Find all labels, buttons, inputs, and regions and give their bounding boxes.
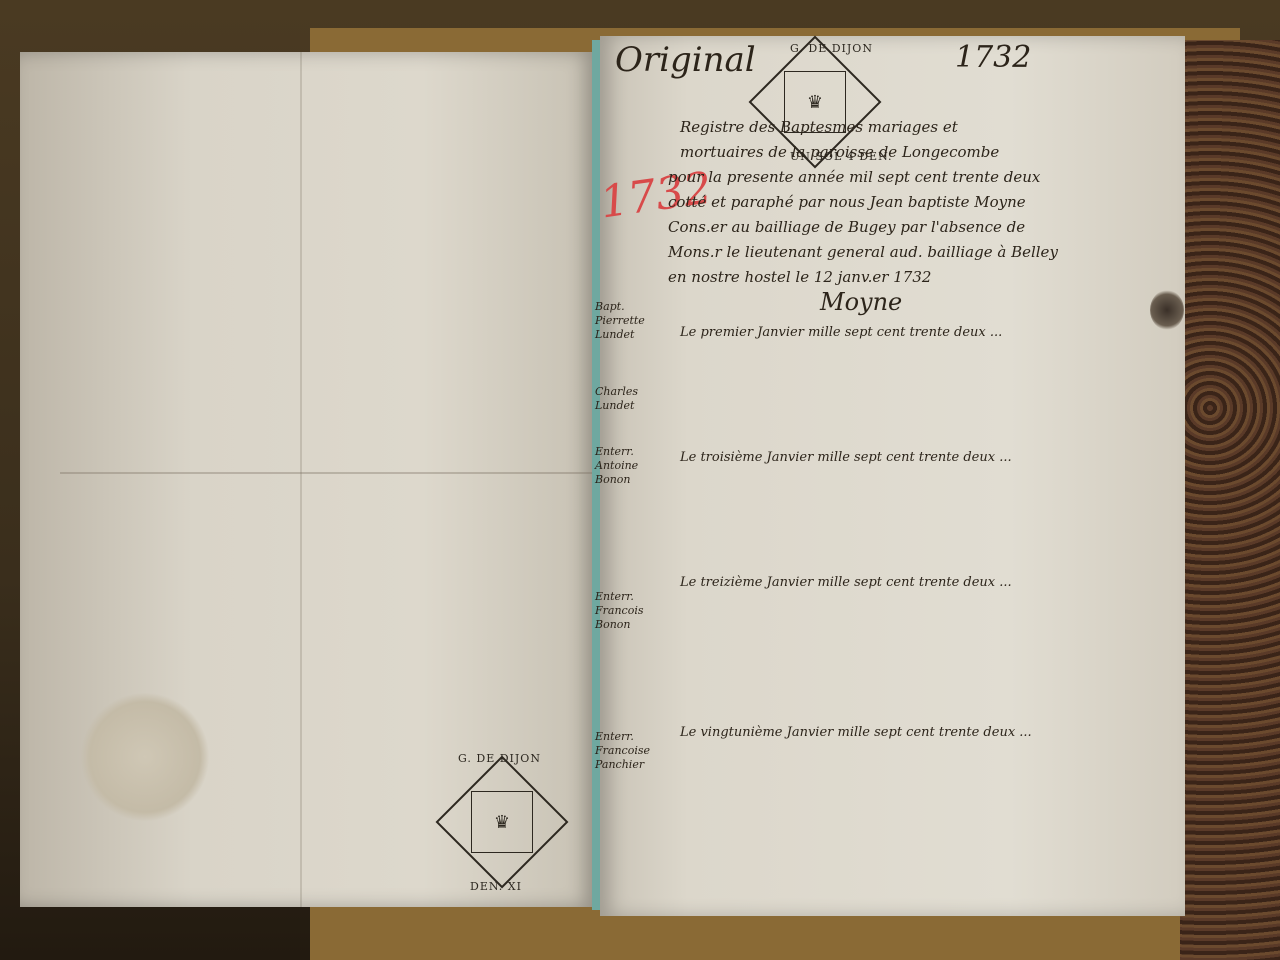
heading-line: Mons.r le lieutenant general aud. bailli… [668, 243, 1058, 261]
circular-stain [80, 692, 210, 822]
margin-note: Charles Lundet [595, 385, 675, 413]
crown-icon: ♛ [471, 791, 533, 853]
ink-blot [1150, 290, 1184, 330]
heading-line: mortuaires de la paroisse de Longecombe [680, 143, 999, 161]
stamp-text: G. DE DIJON [458, 752, 541, 765]
fold-line [60, 472, 595, 474]
heading-line: pour la presente année mil sept cent tre… [668, 168, 1040, 186]
margin-note: Enterr. Francois Bonon [595, 590, 675, 632]
register-entry: Le vingtunième Janvier mille sept cent t… [680, 725, 1032, 740]
signature: Moyne [820, 288, 902, 316]
stamp-text: DEN. XI [470, 880, 522, 893]
margin-note: Enterr. Francoise Panchier [595, 730, 675, 772]
heading-line: Cons.er au bailliage de Bugey par l'abse… [668, 218, 1025, 236]
register-entry: Le troisième Janvier mille sept cent tre… [680, 450, 1012, 465]
margin-note: Enterr. Antoine Bonon [595, 445, 675, 487]
register-entry: Le treizième Janvier mille sept cent tre… [680, 575, 1012, 590]
fold-line [300, 52, 302, 907]
heading-line: en nostre hostel le 12 janv.er 1732 [668, 268, 931, 286]
header-original: Original [615, 40, 756, 80]
heading-line: cotté et paraphé par nous Jean baptiste … [668, 193, 1026, 211]
margin-note: Bapt. Pierrette Lundet [595, 300, 675, 342]
stamp-text: G. DE DIJON [790, 42, 873, 55]
heading-line: Registre des Baptesmes mariages et [680, 118, 958, 136]
marbled-cover [1180, 40, 1280, 960]
register-entry: Le premier Janvier mille sept cent trent… [680, 325, 1002, 340]
header-year: 1732 [955, 40, 1031, 75]
